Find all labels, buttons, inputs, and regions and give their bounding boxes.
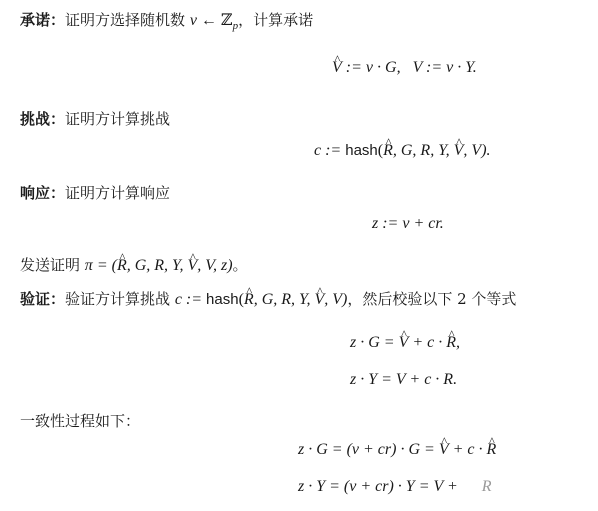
commit-formula: V := v · G, V := v · Y. [332,58,477,78]
commit-text: 证明方选择随机数 [65,11,185,29]
verify-label: 验证： [20,290,65,308]
verify-line: 验证：验证方计算挑战 c := hash(R, G, R, Y, V, V)，然… [20,289,516,310]
challenge-text: 证明方计算挑战 [65,110,170,128]
send-line: 发送证明 π = (R, G, R, Y, V, V, z)。 [20,255,248,276]
response-line: 响应：证明方计算响应 [20,183,170,203]
response-label: 响应： [20,184,65,202]
commit-label: 承诺： [20,11,65,29]
commit-line: 承诺：证明方选择随机数 v ← ℤp，计算承诺 [20,10,313,36]
challenge-formula: c := hash(R, G, R, Y, V, V). [314,141,491,161]
response-text: 证明方计算响应 [65,184,170,202]
consistency-heading: 一致性过程如下： [20,411,140,431]
consistency-line1: z · G = (v + cr) · G = V + c · R [298,440,496,460]
commit-text-after: ，计算承诺 [238,11,313,29]
send-text: 发送证明 [20,256,80,274]
verify-text-after: ，然后校验以下 2 个等式 [347,290,516,308]
consistency-line2: z · Y = (v + cr) · Y = V + R [298,477,492,497]
challenge-line: 挑战：证明方计算挑战 [20,109,170,129]
verify-formula: c := hash(R, G, R, Y, V, V) [175,291,348,308]
verify-eq2: z · Y = V + c · R. [350,370,457,390]
commit-math: v ← ℤp [190,12,238,29]
send-formula: π = (R, G, R, Y, V, V, z) [85,257,233,274]
challenge-label: 挑战： [20,110,65,128]
watermark-overlay [530,470,598,511]
verify-eq1: z · G = V + c · R, [350,333,460,353]
response-formula: z := v + cr. [372,214,444,234]
verify-text: 验证方计算挑战 [65,290,170,308]
